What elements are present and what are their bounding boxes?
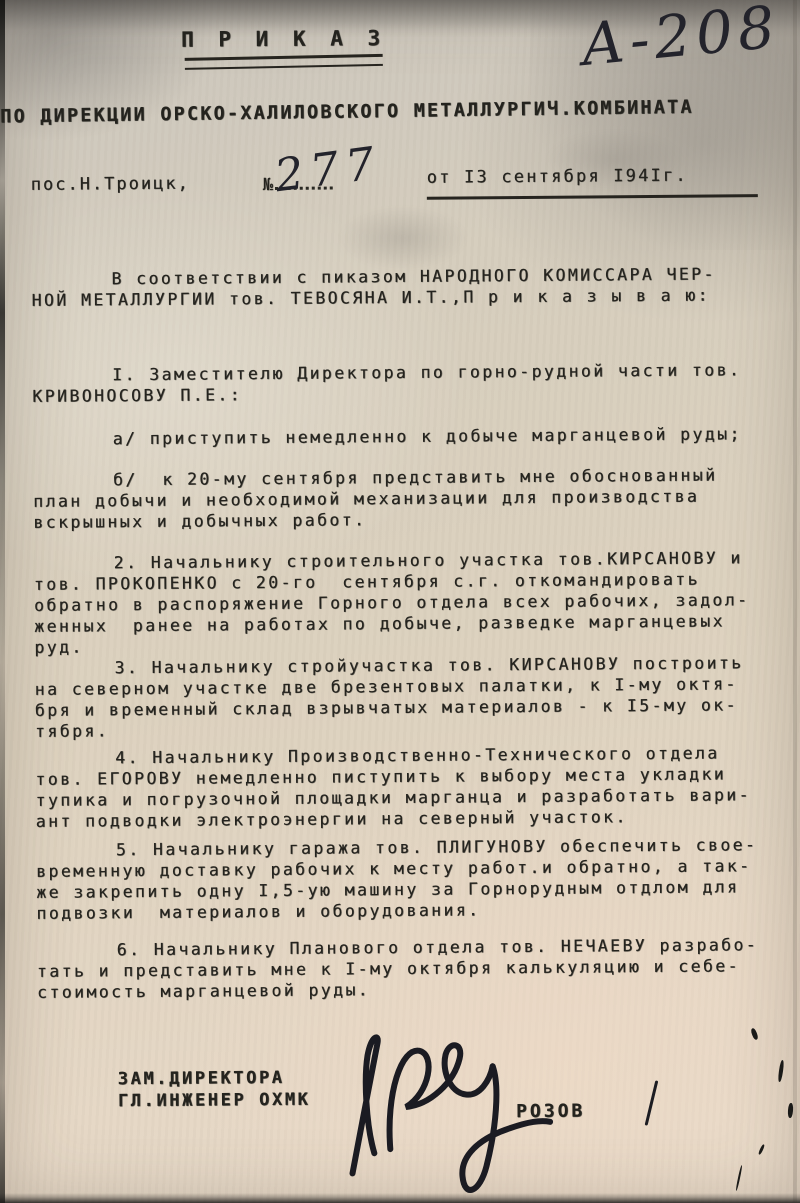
title-block: П Р И К А З — [151, 26, 415, 69]
preamble-paragraph: В соответствии с пиказом НАРОДНОГО КОМИС… — [31, 263, 785, 311]
order-number-group: № 277 — [263, 173, 333, 196]
order-item-3: 3. Начальнику стройучастка тов. КИРСАНОВ… — [34, 652, 789, 742]
order-item-4: 4. Начальнику Производственно-Техническо… — [35, 742, 790, 832]
order-item-2: 2. Начальнику строительного участка тов.… — [34, 547, 789, 658]
handwritten-order-number: 277 — [272, 136, 385, 202]
handwritten-archive-number: А-208 — [578, 0, 783, 79]
signature-block: ЗАМ.ДИРЕКТОРА ГЛ.ИНЖЕНЕР ОХМК РОЗОВ — [38, 1063, 793, 1199]
meta-row: пос.Н.Троицк, № 277 от I3 сентября I94Iг… — [31, 155, 785, 205]
title-double-underline — [185, 54, 383, 70]
document-content: А-208 П Р И К А З ПО ДИРЕКЦИИ ОРСКО-ХАЛИ… — [0, 0, 800, 1203]
document-page: А-208 П Р И К А З ПО ДИРЕКЦИИ ОРСКО-ХАЛИ… — [0, 0, 800, 1203]
place-label: пос.Н.Троицк, — [31, 174, 190, 195]
date-line: от I3 сентября I94Iг. — [427, 165, 758, 200]
organization-line: ПО ДИРЕКЦИИ ОРСКО-ХАЛИЛОВСКОГО МЕТАЛЛУРГ… — [0, 96, 784, 128]
order-item-1b: б/ к 20-му сентября представить мне обос… — [33, 464, 787, 533]
signatory-name: РОЗОВ — [516, 1101, 585, 1123]
order-item-1: I. Заместителю Директора по горно-рудной… — [32, 359, 786, 407]
document-title: П Р И К А З — [151, 26, 415, 52]
number-sign: № — [263, 175, 275, 195]
order-item-6: 6. Начальнику Планового отдела тов. НЕЧА… — [37, 934, 791, 1003]
order-item-1a: а/ приступить немедленно к добыче марган… — [33, 423, 787, 450]
order-item-5: 5. Начальнику гаража тов. ПЛИГУНОВУ обес… — [36, 834, 791, 924]
